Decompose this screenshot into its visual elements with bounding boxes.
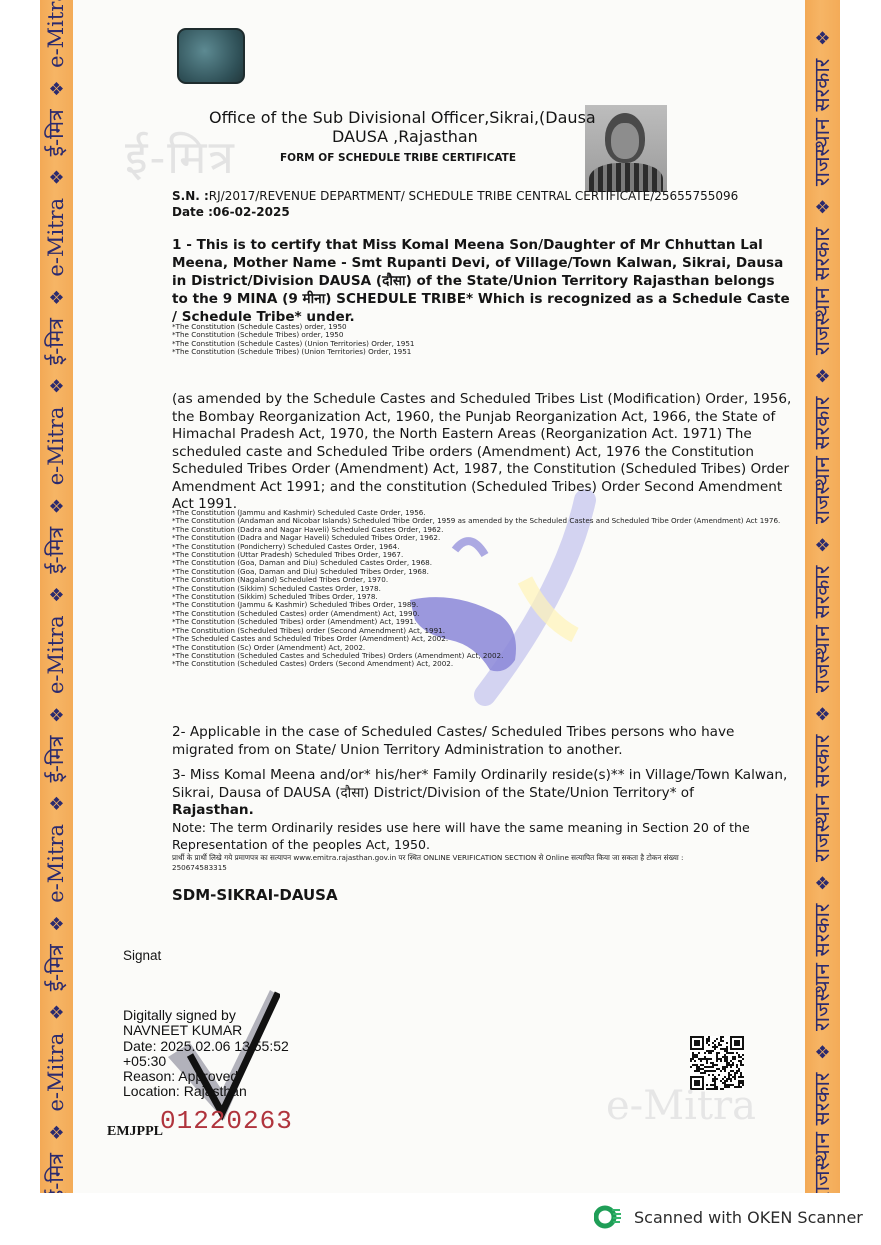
- list-item: *The Constitution (Schedule Tribes) (Uni…: [172, 348, 415, 356]
- form-title: FORM OF SCHEDULE TRIBE CERTIFICATE: [280, 152, 516, 164]
- list-item: Digitally signed by: [123, 1008, 289, 1023]
- verification-qr-code[interactable]: [690, 1036, 744, 1090]
- amendment-paragraph: (as amended by the Schedule Castes and S…: [172, 391, 792, 514]
- list-item: Date: 2025.02.06 13:55:52: [123, 1039, 289, 1054]
- office-place: DAUSA ,Rajasthan: [332, 127, 478, 146]
- oken-scanner-logo-icon: [594, 1205, 622, 1229]
- list-item: NAVNEET KUMAR: [123, 1023, 289, 1038]
- amendment-orders-list: *The Constitution (Jammu and Kashmir) Sc…: [172, 509, 782, 669]
- residence-state: Rajasthan.: [172, 802, 254, 818]
- serial-number: S.N. :RJ/2017/REVENUE DEPARTMENT/ SCHEDU…: [172, 189, 738, 203]
- issuing-authority: SDM-SIKRAI-DAUSA: [172, 886, 338, 904]
- certification-paragraph: 1 - This is to certify that Miss Komal M…: [172, 236, 792, 326]
- office-title: Office of the Sub Divisional Officer,Sik…: [209, 108, 596, 127]
- scanner-badge: Scanned with OKEN Scanner: [594, 1205, 863, 1229]
- issue-date: Date :06-02-2025: [172, 205, 290, 219]
- sn-value: RJ/2017/REVENUE DEPARTMENT/ SCHEDULE TRI…: [209, 189, 738, 203]
- signature-label: Signat: [123, 948, 161, 963]
- list-item: Location: Rajasthan: [123, 1084, 289, 1099]
- online-verification-note: प्रार्थी के प्रार्थी लिखे गये प्रमाणपत्र…: [172, 853, 792, 872]
- residence-clause: 3- Miss Komal Meena and/or* his/her* Fam…: [172, 767, 792, 820]
- list-item: *The Constitution (Scheduled Castes) Ord…: [172, 660, 782, 668]
- hologram-chip-icon: [177, 28, 245, 84]
- emitra-watermark: e-Mitra: [606, 1083, 756, 1129]
- date-label: Date :: [172, 205, 213, 219]
- residence-text: 3- Miss Komal Meena and/or* his/her* Fam…: [172, 767, 787, 801]
- note-text: Note: The term Ordinarily resides use he…: [172, 819, 792, 853]
- rajasthan-border-right: राजस्थान सरकार ❖ राजस्थान सरकार ❖ राजस्थ…: [805, 0, 840, 1193]
- border-right-text: राजस्थान सरकार ❖ राजस्थान सरकार ❖ राजस्थ…: [812, 24, 833, 1193]
- scanner-label: Scanned with OKEN Scanner: [634, 1208, 863, 1227]
- applicant-photo: [585, 105, 667, 192]
- stamp-prefix: EMJPPL: [107, 1124, 163, 1140]
- migration-clause: 2- Applicable in the case of Scheduled C…: [172, 724, 792, 759]
- list-item: +05:30: [123, 1054, 289, 1069]
- border-left-text: ई-मित्र ❖ e-Mitra ❖ ई-मित्र ❖ e-Mitra ❖ …: [46, 0, 67, 1193]
- constitution-orders-list: *The Constitution (Schedule Castes) orde…: [172, 323, 415, 357]
- emitra-border-left: ई-मित्र ❖ e-Mitra ❖ ई-मित्र ❖ e-Mitra ❖ …: [40, 0, 73, 1193]
- digital-signature-block: Digitally signed byNAVNEET KUMARDate: 20…: [123, 1008, 289, 1100]
- date-value: 06-02-2025: [213, 205, 290, 219]
- list-item: Reason: Approved: [123, 1069, 289, 1084]
- verification-text: प्रार्थी के प्रार्थी लिखे गये प्रमाणपत्र…: [172, 853, 683, 862]
- stamp-serial: 01220263: [160, 1106, 293, 1136]
- verification-token: 250674583315: [172, 863, 227, 872]
- sn-label: S.N. :: [172, 189, 209, 203]
- emitra-hindi-watermark: ई-मित्र: [125, 125, 236, 187]
